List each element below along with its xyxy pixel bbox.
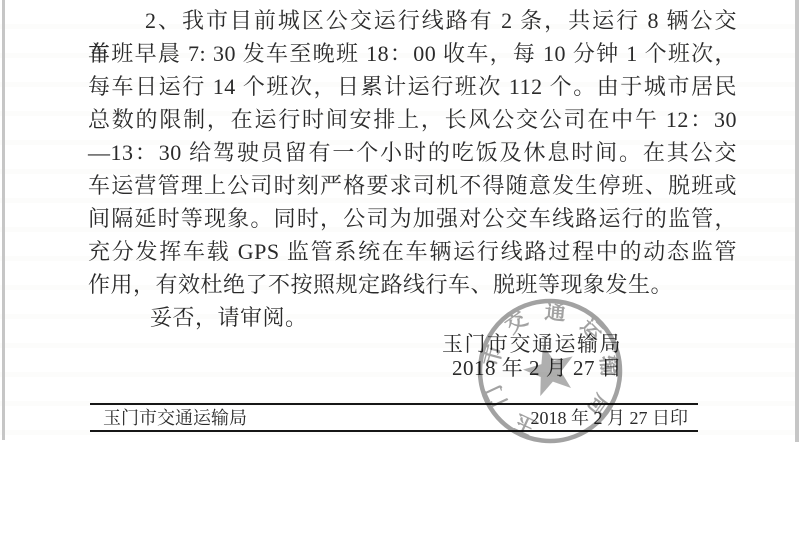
svg-text:运: 运: [576, 313, 609, 346]
body-line: 作用，有效杜绝了不按照规定路线行车、脱班等现象发生。: [88, 268, 737, 301]
body-line: 车运营管理上公司时刻严格要求司机不得随意发生停班、脱班或: [88, 169, 737, 202]
scan-edge-left: [2, 0, 5, 440]
svg-text:局: 局: [582, 389, 614, 420]
scan-edge-right: [795, 0, 799, 442]
footer-organization: 玉门市交通运输局: [103, 407, 247, 429]
svg-text:交: 交: [501, 307, 532, 339]
body-line: 充分发挥车载 GPS 监管系统在车辆运行线路过程中的动态监管: [88, 235, 737, 268]
body-line: 每车日运行 14 个班次，日累计运行班次 112 个。由于城市居民: [88, 70, 737, 103]
svg-text:玉: 玉: [510, 409, 539, 440]
body-line: 首班早晨 7: 30 发车至晚班 18：00 收车，每 10 分钟 1 个班次，: [88, 37, 737, 70]
star-icon: [518, 338, 580, 398]
closing-line: 妥否，请审阅。: [88, 301, 737, 334]
svg-text:门: 门: [481, 381, 512, 410]
svg-text:市: 市: [479, 342, 508, 368]
svg-text:通: 通: [544, 299, 567, 325]
svg-text:输: 输: [596, 353, 622, 377]
body-line: —13：30 给驾驶员留有一个小时的吃饭及休息时间。在其公交: [88, 136, 737, 169]
body-line: 2、我市目前城区公交运行线路有 2 条，共运行 8 辆公交车，: [88, 4, 737, 37]
official-seal: 玉门市交通运输局: [465, 286, 635, 456]
document-scan: 2、我市目前城区公交运行线路有 2 条，共运行 8 辆公交车， 首班早晨 7: …: [0, 0, 799, 540]
body-paragraphs: 2、我市目前城区公交运行线路有 2 条，共运行 8 辆公交车， 首班早晨 7: …: [88, 4, 737, 334]
body-line: 总数的限制，在运行时间安排上，长风公交公司在中午 12：30: [88, 103, 737, 136]
body-line: 间隔延时等现象。同时，公司为加强对公交车线路运行的监管，: [88, 202, 737, 235]
